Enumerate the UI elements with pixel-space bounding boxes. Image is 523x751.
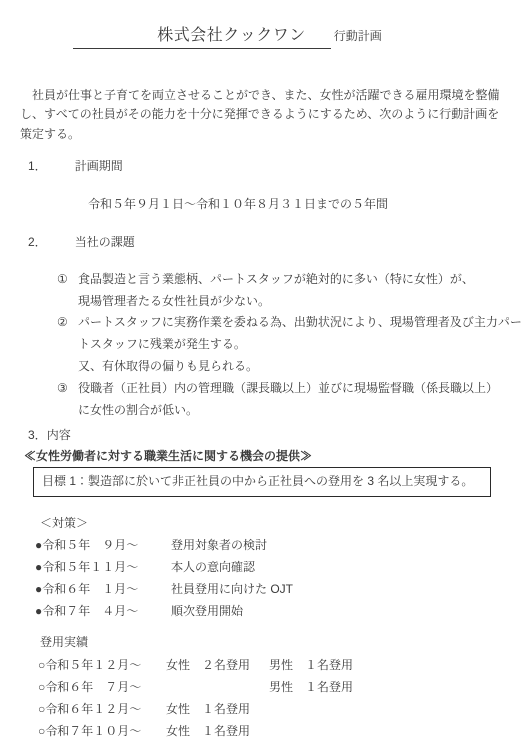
plan-period-text: 令和５年９月１日～令和１０年８月３１日までの５年間 [88,195,503,214]
result-list: ○令和５年１２月～ 女性 ２名登用 男性 １名登用 ○令和６年 ７月～ 男性 １… [38,654,503,742]
issue-3-marker: ③ [57,378,78,422]
result-date: ○令和６年１２月～ [38,698,166,720]
measure-action: 社員登用に向けた OJT [171,578,293,600]
measure-row: ●令和５年 ９月～ 登用対象者の検討 [35,534,503,556]
result-date: ○令和５年１２月～ [38,654,166,676]
result-female [166,676,269,698]
subsection-heading: ≪女性労働者に対する職業生活に関する機会の提供≫ [24,447,503,465]
issue-list: ① 食品製造と言う業態柄、パートスタッフが絶対的に多い（特に女性）が、 現場管理… [57,269,523,422]
intro-paragraph: 社員が仕事と子育てを両立させることができ、また、女性が活躍できる雇用環境を整備 … [20,86,517,144]
section-2-title: 当社の課題 [75,235,135,249]
results-heading: 登用実績 [40,632,503,652]
result-date: ○令和６年 ７月～ [38,676,166,698]
section-2-heading: 2．当社の課題 [28,233,503,252]
result-row: ○令和６年 ７月～ 男性 １名登用 [38,676,503,698]
issue-item: ② パートスタッフに実務作業を委ねる為、出勤状況により、現場管理者及び主力パー … [57,312,523,377]
result-female: 女性 １名登用 [166,698,269,720]
issue-item: ③ 役職者（正社員）内の管理職（課長職以上）並びに現場監督職（係長職以上） に女… [57,378,523,422]
measure-row: ●令和６年 １月～ 社員登用に向けた OJT [35,578,503,600]
measure-list: ●令和５年 ９月～ 登用対象者の検討 ●令和５年１１月～ 本人の意向確認 ●令和… [35,534,503,622]
result-female: 女性 １名登用 [166,720,269,742]
section-1-title: 計画期間 [75,159,123,173]
company-name: 株式会社クックワン [73,22,331,49]
section-1-number: 1． [28,159,47,173]
issue-item: ① 食品製造と言う業態柄、パートスタッフが絶対的に多い（特に女性）が、 現場管理… [57,269,523,313]
section-1-heading: 1．計画期間 [28,157,503,176]
measure-date: ●令和７年 ４月～ [35,600,171,622]
issue-2-text: パートスタッフに実務作業を委ねる為、出勤状況により、現場管理者及び主力パー トス… [78,312,523,377]
measure-row: ●令和５年１１月～ 本人の意向確認 [35,556,503,578]
measure-date: ●令和６年 １月～ [35,578,171,600]
measure-row: ●令和７年 ４月～ 順次登用開始 [35,600,503,622]
result-row: ○令和６年１２月～ 女性 １名登用 [38,698,503,720]
goal-box: 目標 1：製造部に於いて非正社員の中から正社員への登用を 3 名以上実現する。 [33,467,491,497]
document-title: 株式会社クックワン 行動計画 [0,22,469,49]
result-male: 男性 １名登用 [269,676,353,698]
document-page: 株式会社クックワン 行動計画 社員が仕事と子育てを両立させることができ、また、女… [0,0,523,751]
result-female: 女性 ２名登用 [166,654,269,676]
measures-heading: ＜対策＞ [40,513,503,533]
goal-text: 目標 1：製造部に於いて非正社員の中から正社員への登用を 3 名以上実現する。 [42,474,473,488]
issue-2-marker: ② [57,312,78,377]
section-3-heading: 3．内容 [28,426,503,445]
issue-1-marker: ① [57,269,78,313]
doc-type-label: 行動計画 [334,27,382,44]
result-male: 男性 １名登用 [269,654,353,676]
section-3-number: 3． [28,428,47,442]
section-3-title: 内容 [47,428,71,442]
result-row: ○令和５年１２月～ 女性 ２名登用 男性 １名登用 [38,654,503,676]
measure-date: ●令和５年 ９月～ [35,534,171,556]
section-2-number: 2． [28,235,47,249]
issue-1-text: 食品製造と言う業態柄、パートスタッフが絶対的に多い（特に女性）が、 現場管理者た… [78,269,523,313]
result-date: ○令和７年１０月～ [38,720,166,742]
measure-action: 本人の意向確認 [171,556,255,578]
result-row: ○令和７年１０月～ 女性 １名登用 [38,720,503,742]
measure-action: 登用対象者の検討 [171,534,267,556]
issue-3-text: 役職者（正社員）内の管理職（課長職以上）並びに現場監督職（係長職以上） に女性の… [78,378,523,422]
measure-date: ●令和５年１１月～ [35,556,171,578]
measure-action: 順次登用開始 [171,600,243,622]
